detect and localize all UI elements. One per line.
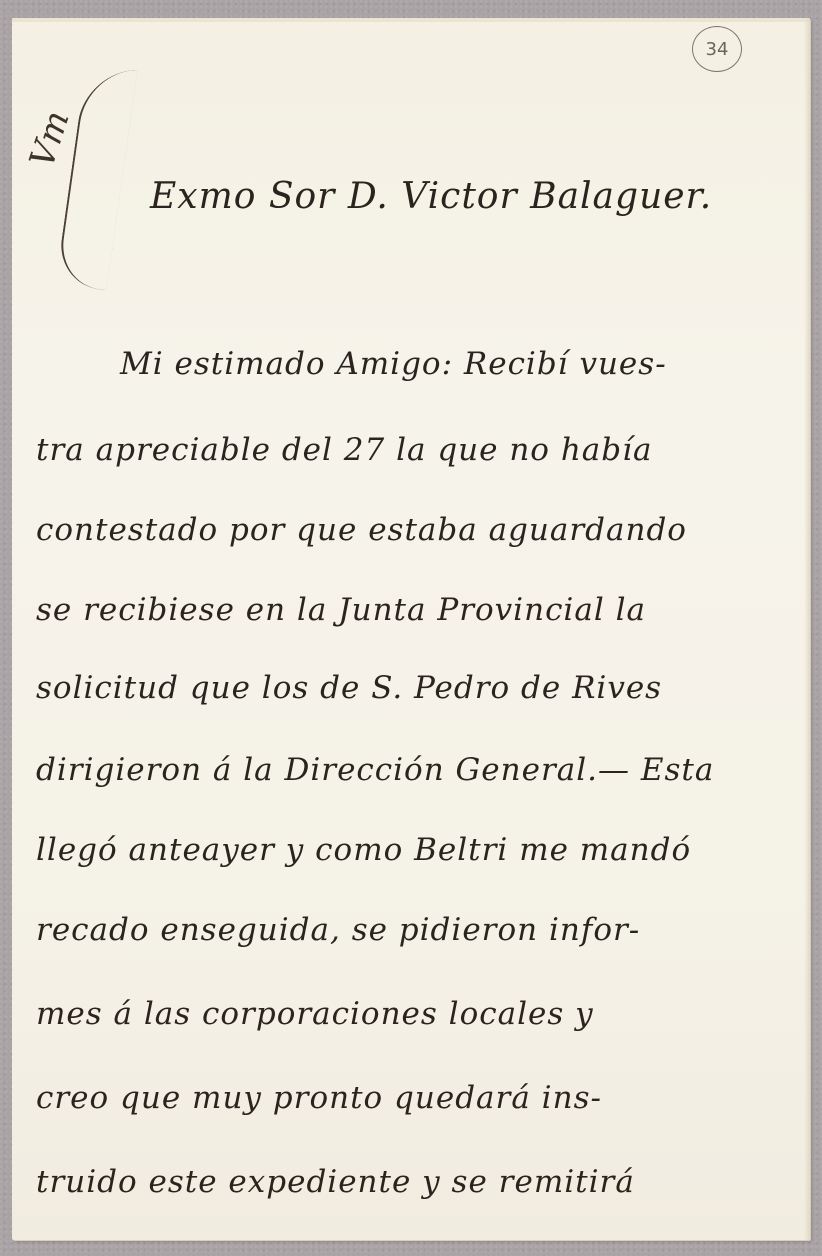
letter-line-4: se recibiese en la Junta Provincial la [36, 592, 646, 628]
letter-line-7: llegó anteayer y como Beltri me mandó [36, 832, 691, 868]
letter-line-9: mes á las corporaciones locales y [36, 996, 594, 1032]
salutation: Exmo Sor D. Victor Balaguer. [150, 176, 712, 217]
folio-number-text: 34 [706, 39, 729, 60]
letter-line-6: dirigieron á la Dirección General.— Esta [36, 752, 714, 788]
letter-line-11: truido este expediente y se remitirá [36, 1164, 635, 1200]
letter-line-3: contestado por que estaba aguardando [36, 512, 687, 548]
letter-line-1: Mi estimado Amigo: Recibí vues- [120, 346, 667, 382]
letter-line-8: recado enseguida, se pidieron infor- [36, 912, 640, 948]
letter-line-2: tra apreciable del 27 la que no había [36, 432, 653, 468]
letter-line-10: creo que muy pronto quedará ins- [36, 1080, 602, 1116]
letter-line-5: solicitud que los de S. Pedro de Rives [36, 670, 662, 706]
folio-number: 34 [692, 26, 742, 72]
